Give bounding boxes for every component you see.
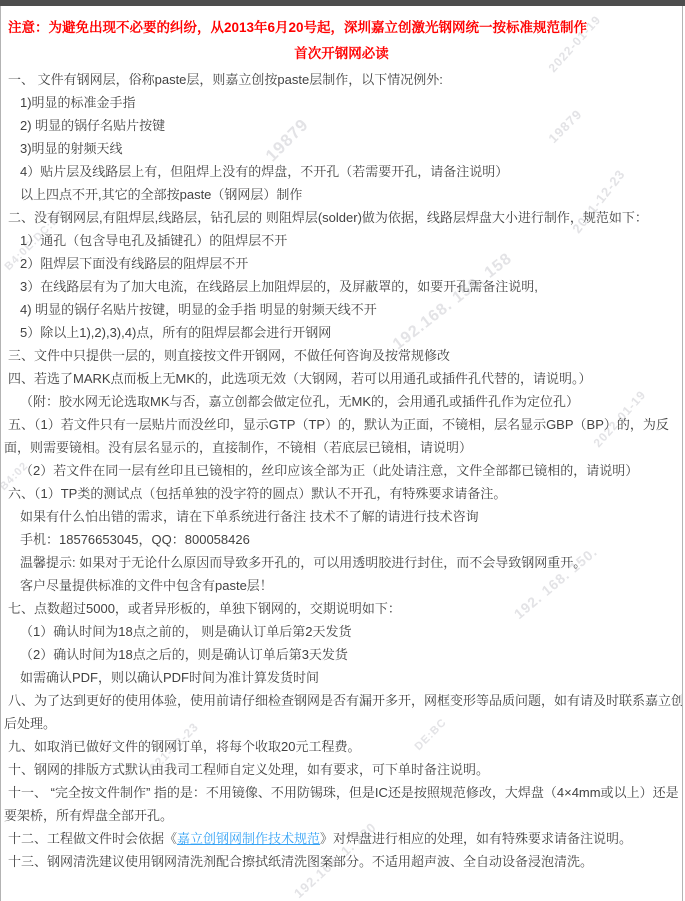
doc-line: 五、（1）若文件只有一层贴片而没丝印，显示GTP（TP）的，默认为正面，不镜相，…	[1, 413, 682, 436]
doc-line-text: 十二、工程做文件时会依据《	[8, 831, 177, 846]
doc-line: 十二、工程做文件时会依据《嘉立创钢网制作技术规范》对焊盘进行相应的处理，如有特殊…	[1, 827, 682, 850]
doc-line: 5）除以上1),2),3),4)点，所有的阻焊层都会进行开钢网	[1, 321, 682, 344]
doc-line: 3）在线路层有为了加大电流，在线路层上加阻焊层的，及屏蔽罩的，如要开孔需备注说明…	[1, 275, 682, 298]
doc-line: 后处理。	[1, 712, 682, 735]
doc-line: 1)明显的标准金手指	[1, 91, 682, 114]
doc-line: 三、文件中只提供一层的，则直接按文件开钢网，不做任何咨询及按常规修改	[1, 344, 682, 367]
doc-line: 面，则需要镜相。没有层名显示的，直接制作，不镜相（若底层已镜相，请说明）	[1, 436, 682, 459]
doc-line: 4）贴片层及线路层上有，但阻焊上没有的焊盘，不开孔（若需要开孔，请备注说明）	[1, 160, 682, 183]
doc-line: 十一、 “完全按文件制作” 指的是：不用镜像、不用防锡珠，但是IC还是按照规范修…	[1, 781, 682, 804]
doc-line: 六、（1）TP类的测试点（包括单独的没字符的圆点）默认不开孔，有特殊要求请备注。	[1, 482, 682, 505]
doc-line: 一、 文件有钢网层，俗称paste层，则嘉立创按paste层制作，以下情况例外:	[1, 68, 682, 91]
doc-line-text: 》对焊盘进行相应的处理，如有特殊要求请备注说明。	[320, 831, 632, 846]
doc-line: 客户尽量提供标准的文件中包含有paste层！	[1, 574, 682, 597]
notice-subtitle: 首次开钢网必读	[1, 41, 682, 67]
doc-line: 4) 明显的锅仔名贴片按键，明显的金手指 明显的射频天线不开	[1, 298, 682, 321]
doc-line: （2）若文件在同一层有丝印且已镜相的，丝印应该全部为正（此处请注意，文件全部都已…	[1, 459, 682, 482]
doc-line: 3)明显的射频天线	[1, 137, 682, 160]
doc-line: 七、点数超过5000，或者异形板的，单独下钢网的，交期说明如下：	[1, 597, 682, 620]
notice-panel: 198792021-12-23192.168. 150. 1582022-01-…	[0, 6, 683, 901]
doc-line: 1）通孔（包含导电孔及插键孔）的阻焊层不开	[1, 229, 682, 252]
doc-line: （1）确认时间为18点之前的， 则是确认订单后第2天发货	[1, 620, 682, 643]
notice-header: 注意：为避免出现不必要的纠纷，从2013年6月20号起，深圳嘉立创激光钢网统一按…	[1, 15, 682, 41]
spec-link[interactable]: 嘉立创钢网制作技术规范	[177, 831, 320, 846]
doc-line: 以上四点不开,其它的全部按paste（钢网层）制作	[1, 183, 682, 206]
doc-line: 二、没有钢网层,有阻焊层,线路层，钻孔层的 则阻焊层(solder)做为依据，线…	[1, 206, 682, 229]
doc-line: 2）阻焊层下面没有线路层的阻焊层不开	[1, 252, 682, 275]
doc-line: 如果有什么怕出错的需求，请在下单系统进行备注 技术不了解的请进行技术咨询	[1, 505, 682, 528]
doc-line: 四、若选了MARK点而板上无MK的，此选项无效（大钢网，若可以用通孔或插件孔代替…	[1, 367, 682, 390]
doc-line: （2）确认时间为18点之后的，则是确认订单后第3天发货	[1, 643, 682, 666]
doc-line: （附：胶水网无论选取MK与否，嘉立创都会做定位孔，无MK的，会用通孔或插件孔作为…	[1, 390, 682, 413]
doc-line: 十三、钢网清洗建议使用钢网清洗剂配合擦拭纸清洗图案部分。不适用超声波、全自动设备…	[1, 850, 682, 873]
page: 198792021-12-23192.168. 150. 1582022-01-…	[0, 0, 685, 901]
document-body: 一、 文件有钢网层，俗称paste层，则嘉立创按paste层制作，以下情况例外:…	[1, 68, 682, 873]
doc-line: 手机：18576653045，QQ：800058426	[1, 528, 682, 551]
doc-line: 温馨提示: 如果对于无论什么原因而导致多开孔的，可以用透明胶进行封住，而不会导致…	[1, 551, 682, 574]
doc-line: 如需确认PDF，则以确认PDF时间为准计算发货时间	[1, 666, 682, 689]
doc-line: 要架桥，所有焊盘全部开孔。	[1, 804, 682, 827]
doc-line: 十、钢网的排版方式默认由我司工程师自定义处理，如有要求，可下单时备注说明。	[1, 758, 682, 781]
doc-line: 九、如取消已做好文件的钢网订单，将每个收取20元工程费。	[1, 735, 682, 758]
doc-line: 2) 明显的锅仔名贴片按键	[1, 114, 682, 137]
doc-line: 八、为了达到更好的使用体验，使用前请仔细检查钢网是否有漏开多开，网框变形等品质问…	[1, 689, 682, 712]
